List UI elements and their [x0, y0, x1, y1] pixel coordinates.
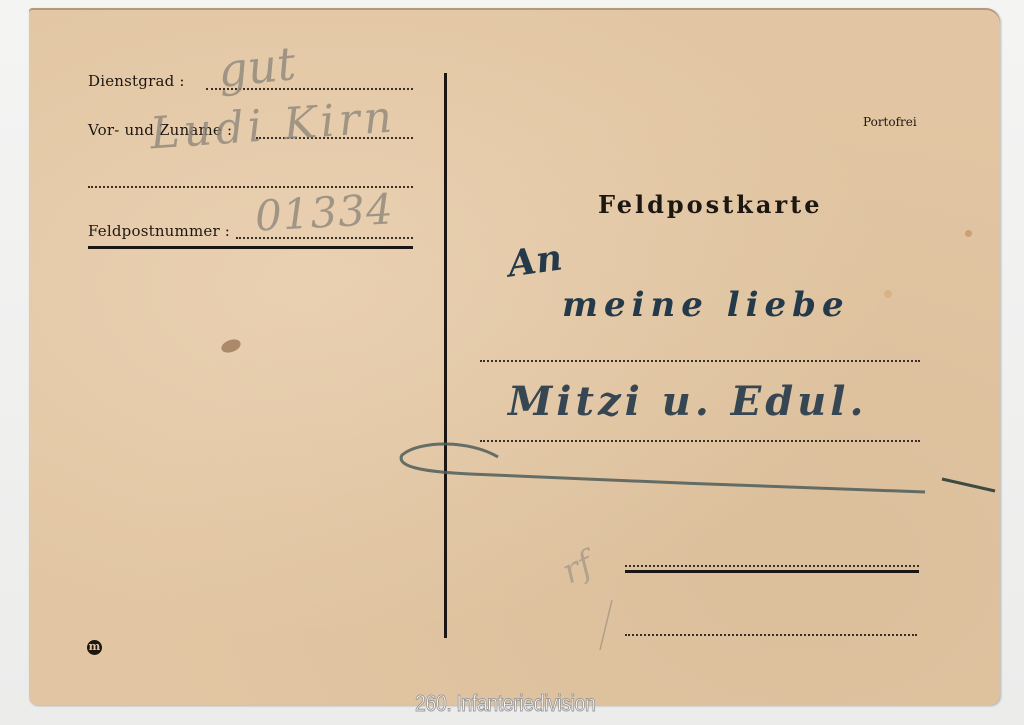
- handwritten-feldpostnummer: 01334: [254, 184, 395, 240]
- handwritten-meine-liebe: meine liebe: [562, 285, 850, 325]
- watermark: 260. Infanteriedivision: [415, 690, 595, 717]
- sender-underline: [88, 246, 413, 249]
- stain: [965, 230, 972, 237]
- publisher-mark-icon: m: [87, 640, 102, 655]
- stain: [220, 337, 243, 355]
- address-dotted-line-3: [625, 565, 919, 567]
- address-dotted-line-2: [480, 440, 920, 442]
- vertical-divider: [444, 73, 447, 638]
- label-feldpostnummer: Feldpostnummer :: [88, 222, 230, 240]
- postage-note: Portofrei: [863, 115, 917, 129]
- card-title: Feldpostkarte: [598, 190, 822, 219]
- address-dotted-line-4: [625, 634, 917, 636]
- label-dienstgrad: Dienstgrad :: [88, 72, 185, 90]
- handwritten-dienstgrad: gut: [215, 36, 298, 98]
- address-dotted-line-1: [480, 360, 920, 362]
- stain: [884, 290, 892, 298]
- address-underline: [625, 570, 919, 573]
- handwritten-recipients: Mitzi u. Edul.: [508, 378, 867, 425]
- handwritten-an: An: [505, 236, 564, 285]
- publisher-mark-letter: m: [89, 640, 101, 653]
